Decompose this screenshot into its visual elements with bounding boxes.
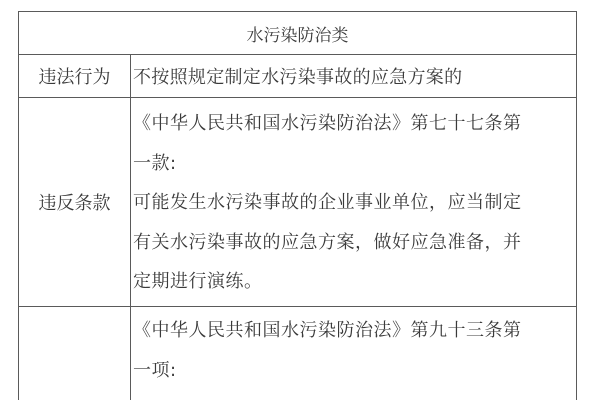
article-text-line: 一款:: [133, 144, 574, 184]
document-page: 水污染防治类 违法行为 不按照规定制定水污染事故的应急方案的 违反条款 《中华人…: [0, 0, 600, 400]
row-label-violation-behavior: 违法行为: [19, 55, 131, 97]
row-content-penalty-article: 《中华人民共和国水污染防治法》第九十三条第 一项:: [131, 307, 576, 400]
article-text-line: 可能发生水污染事故的企业事业单位，应当制定: [133, 183, 574, 223]
article-text-line: 一项:: [133, 351, 574, 391]
article-text-line: 定期进行演练。: [133, 262, 574, 302]
table-row-penalty-article: 《中华人民共和国水污染防治法》第九十三条第 一项:: [19, 307, 576, 400]
table-row-violation-behavior: 违法行为 不按照规定制定水污染事故的应急方案的: [19, 55, 576, 98]
article-text-line: 《中华人民共和国水污染防治法》第七十七条第: [133, 104, 574, 144]
table-title-row: 水污染防治类: [19, 12, 576, 55]
article-text-line: 《中华人民共和国水污染防治法》第九十三条第: [133, 311, 574, 351]
row-content-violation-behavior: 不按照规定制定水污染事故的应急方案的: [131, 55, 576, 97]
regulation-table: 水污染防治类 违法行为 不按照规定制定水污染事故的应急方案的 违反条款 《中华人…: [18, 11, 577, 400]
table-row-violated-article: 违反条款 《中华人民共和国水污染防治法》第七十七条第 一款: 可能发生水污染事故…: [19, 98, 576, 307]
row-content-violated-article: 《中华人民共和国水污染防治法》第七十七条第 一款: 可能发生水污染事故的企业事业…: [131, 98, 576, 306]
row-label-violated-article: 违反条款: [19, 98, 131, 306]
article-text-line: 有关水污染事故的应急方案，做好应急准备，并: [133, 223, 574, 263]
table-title: 水污染防治类: [247, 21, 349, 46]
row-label-penalty-article: [19, 307, 131, 400]
